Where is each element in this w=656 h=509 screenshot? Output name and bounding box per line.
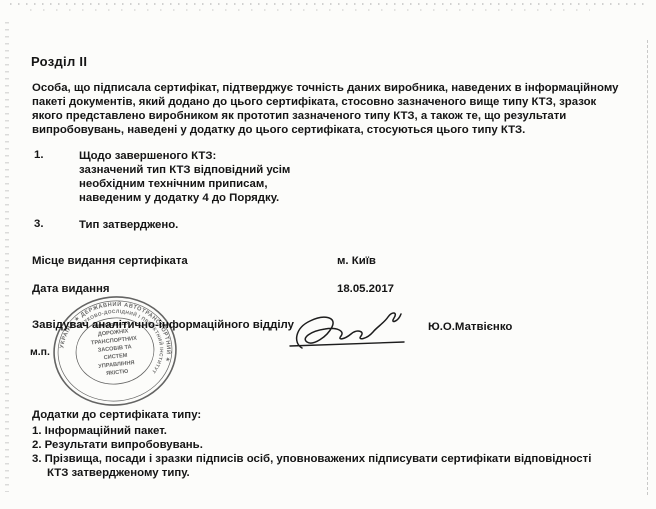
signature-graphic — [286, 301, 418, 357]
statement-3-number: 3. — [34, 218, 44, 230]
signatory-name: Ю.О.Матвієнко — [428, 321, 512, 333]
statement-1-line-2: зазначений тип КТЗ відповідний усім — [79, 163, 290, 177]
svg-text:ЯКІСТЮ: ЯКІСТЮ — [106, 369, 129, 377]
svg-text:СИСТЕМ: СИСТЕМ — [103, 353, 128, 361]
statement-1-text: Щодо завершеного КТЗ: зазначений тип КТЗ… — [79, 149, 290, 205]
scan-noise-top — [10, 3, 646, 5]
issue-date-value: 18.05.2017 — [337, 283, 394, 295]
intro-line-3: якого представлено виробником як прототи… — [32, 109, 618, 123]
stamp-center-text: СЕРТИФІКАЦІЯ ДОРОЖНІХ ТРАНСПОРТНИХ ЗАСОБ… — [89, 320, 141, 379]
scan-edge-line — [647, 40, 648, 495]
official-round-stamp: УКРАЇНА ✶ ДЕРЖАВНИЙ АВТОТРАНСПОРТНИЙ ✶ Н… — [43, 286, 186, 415]
scan-noise-left — [5, 22, 9, 492]
issue-date-label: Дата видання — [32, 283, 110, 295]
seal-placeholder-label: м.п. — [30, 346, 50, 358]
statement-1-line-4: наведеним у додатку 4 до Порядку. — [79, 191, 290, 205]
attachment-line-1: 1. Інформаційний пакет. — [32, 424, 167, 438]
attachment-line-3-continued: КТЗ затвердженому типу. — [47, 466, 190, 480]
stamp-graphic: УКРАЇНА ✶ ДЕРЖАВНИЙ АВТОТРАНСПОРТНИЙ ✶ Н… — [43, 286, 186, 415]
attachments-title: Додатки до сертифіката типу: — [32, 409, 201, 421]
issue-place-label: Місце видання сертифіката — [32, 255, 188, 267]
statement-3-text: Тип затверджено. — [79, 218, 178, 232]
statement-1-line-3: необхідним технічним приписам, — [79, 177, 290, 191]
svg-text:СЕРТИФІКАЦІЯ: СЕРТИФІКАЦІЯ — [95, 320, 130, 329]
certificate-page: Розділ II Особа, що підписала сертифікат… — [0, 0, 656, 509]
statement-1-number: 1. — [34, 149, 44, 161]
signature — [286, 301, 418, 357]
issue-place-value: м. Київ — [337, 255, 376, 267]
section-title: Розділ II — [31, 54, 87, 69]
intro-line-4: випробовувань, наведені у додатку до цьо… — [32, 123, 618, 137]
attachment-line-3: 3. Прізвища, посади і зразки підписів ос… — [32, 452, 591, 466]
statement-1-line-1: Щодо завершеного КТЗ: — [79, 149, 290, 163]
attachment-line-2: 2. Результати випробовувань. — [32, 438, 203, 452]
intro-paragraph: Особа, що підписала сертифікат, підтверд… — [32, 81, 618, 137]
scan-noise-top-2 — [30, 9, 590, 11]
intro-line-1: Особа, що підписала сертифікат, підтверд… — [32, 81, 618, 95]
intro-line-2: пакеті документів, який додано до цього … — [32, 95, 618, 109]
svg-text:УПРАВЛІННЯ: УПРАВЛІННЯ — [98, 360, 135, 370]
